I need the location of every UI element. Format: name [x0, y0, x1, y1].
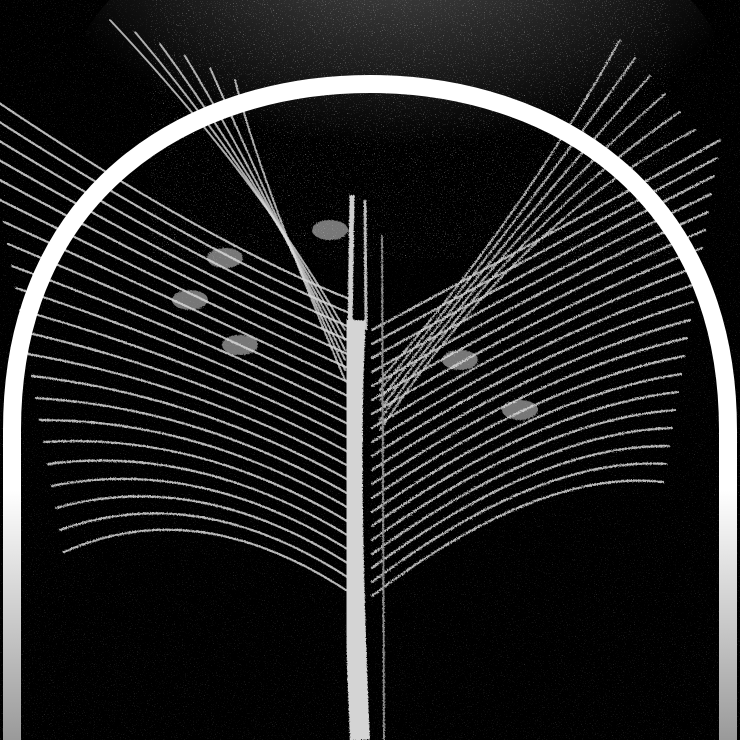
artwork-canvas — [0, 0, 740, 740]
frond-artwork — [0, 0, 740, 740]
